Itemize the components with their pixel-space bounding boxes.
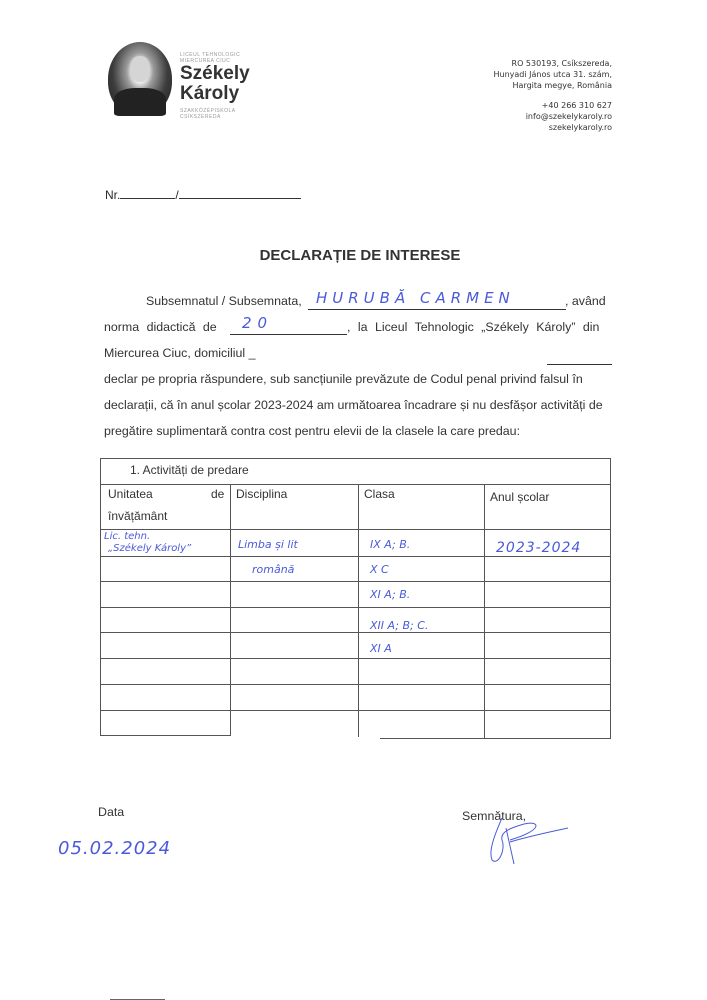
- phone: +40 266 310 627: [526, 100, 612, 111]
- registration-number: Nr./: [105, 188, 301, 202]
- school-logo: Liceul Tehnologic Miercurea Ciuc Székely…: [180, 52, 250, 120]
- text-declar: declar pe propria răspundere, sub sancți…: [104, 372, 583, 386]
- col-header-discipline: Disciplina: [236, 487, 287, 501]
- col-header-unit: învățământ: [108, 509, 167, 523]
- school-contact: +40 266 310 627 info@szekelykaroly.ro sz…: [526, 100, 612, 133]
- address-line: RO 530193, Csíkszereda,: [494, 58, 613, 69]
- signature-icon: [480, 810, 580, 870]
- handwritten-norm: 20: [242, 314, 273, 332]
- text-norma: norma didactică de: [104, 320, 217, 334]
- col-header-class: Clasa: [364, 487, 395, 501]
- text-domiciliul: Miercurea Ciuc, domiciliul _: [104, 346, 256, 360]
- handwritten-unit: „Székely Károly”: [108, 543, 191, 554]
- norm-field[interactable]: 20: [230, 318, 347, 335]
- handwritten-name: HURUBĂ CARMEN: [316, 289, 515, 307]
- text-subsemnatul: Subsemnatul / Subsemnata,: [146, 294, 302, 308]
- school-address: RO 530193, Csíkszereda, Hunyadi János ut…: [494, 58, 613, 91]
- col-header-school-year: Anul școlar: [490, 490, 549, 504]
- handwritten-class: X C: [370, 563, 389, 576]
- logo-name: Székely: [180, 64, 250, 84]
- logo-name: Károly: [180, 84, 250, 104]
- address-line: Hunyadi János utca 31. szám,: [494, 69, 613, 80]
- handwritten-class: XI A: [370, 642, 392, 655]
- text-liceul: , la Liceul Tehnologic „Székely Károly” …: [347, 320, 612, 334]
- website: szekelykaroly.ro: [526, 122, 612, 133]
- text-pregatire: pregătire suplimentară contra cost pentr…: [104, 424, 520, 438]
- col-header-unit: Unitatea: [108, 487, 153, 501]
- logo-portrait: [108, 42, 172, 116]
- nr-field[interactable]: [120, 188, 175, 199]
- handwritten-class: IX A; B.: [370, 538, 410, 551]
- handwritten-class: XI A; B.: [370, 588, 410, 601]
- nr-label: Nr.: [105, 188, 120, 202]
- handwritten-date: 05.02.2024: [58, 838, 171, 859]
- email: info@szekelykaroly.ro: [526, 111, 612, 122]
- nr-date-field[interactable]: [179, 188, 301, 199]
- address-line: Hargita megye, România: [494, 80, 613, 91]
- text-declaratii: declarații, că în anul școlar 2023-2024 …: [104, 398, 603, 412]
- handwritten-class: XII A; B; C.: [370, 619, 428, 632]
- handwritten-discipline: Limba și lit: [238, 538, 298, 551]
- name-field[interactable]: HURUBĂ CARMEN: [308, 292, 566, 310]
- date-label: Data: [98, 805, 124, 819]
- document-title: DECLARAȚIE DE INTERESE: [0, 247, 707, 264]
- table-section-title: 1. Activități de predare: [130, 463, 249, 477]
- handwritten-school-year: 2023-2024: [496, 540, 581, 556]
- text-avand: , având: [565, 294, 606, 308]
- logo-subtitle: Csíkszereda: [180, 114, 250, 120]
- handwritten-unit: Lic. tehn.: [104, 531, 150, 542]
- handwritten-discipline: română: [252, 563, 294, 576]
- address-field[interactable]: [547, 356, 612, 365]
- col-header-unit: de: [211, 487, 224, 501]
